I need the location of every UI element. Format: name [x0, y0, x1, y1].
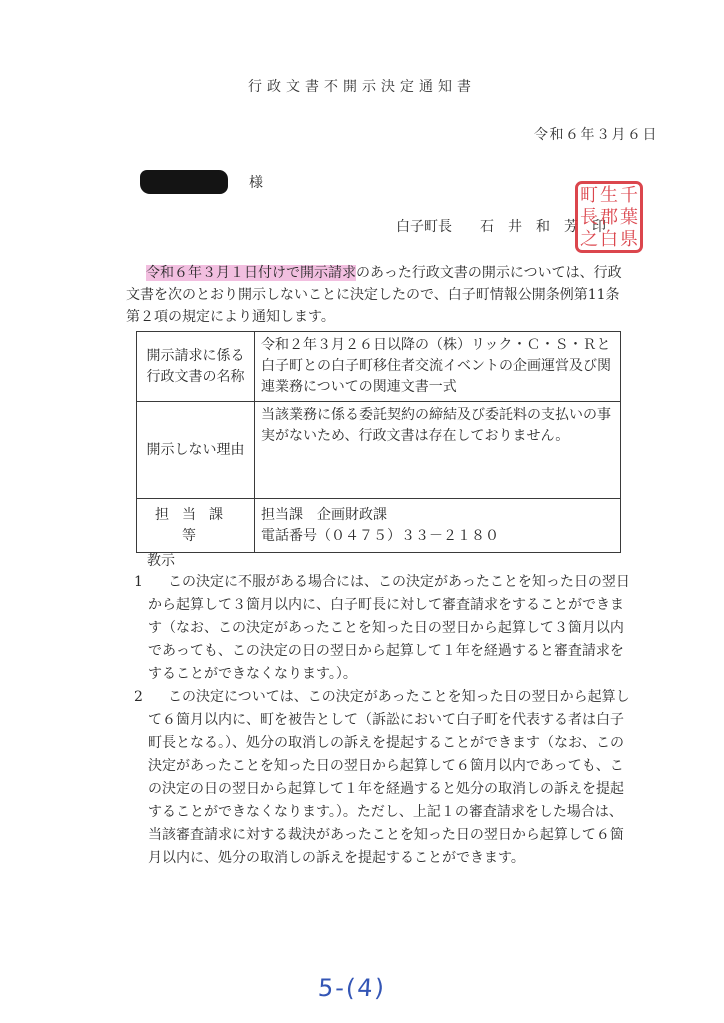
table-row: 開示請求に係る行政文書の名称 令和２年３月２６日以降の（株）リック・Ｃ・Ｓ・Ｒと… — [137, 332, 621, 402]
notice-item-text: この決定については、この決定があったことを知った日の翌日から起算して６箇月以内に… — [134, 686, 634, 870]
stamp-char: 千 — [619, 185, 639, 207]
document-title: 行政文書不開示決定通知書 — [0, 76, 724, 96]
row-label-document-name: 開示請求に係る行政文書の名称 — [137, 332, 255, 402]
stamp-char: 葉 — [619, 207, 639, 229]
notice-item-number: 1 — [134, 571, 143, 594]
department-name: 担当課 企画財政課 — [261, 505, 614, 526]
sender-title: 白子町長 — [396, 219, 452, 235]
handwritten-page-number: 5-(4) — [317, 974, 387, 1002]
highlighted-text: 令和６年３月１日付けで開示請求 — [146, 265, 356, 281]
row-value-reason: 当該業務に係る委託契約の締結及び委託料の支払いの事実がないため、行政文書は存在し… — [255, 402, 621, 499]
intro-paragraph: 令和６年３月１日付けで開示請求のあった行政文書の開示については、行政文書を次のと… — [126, 262, 628, 328]
stamp-char: 町 — [579, 185, 599, 207]
row-value-document-name: 令和２年３月２６日以降の（株）リック・Ｃ・Ｓ・Ｒと白子町との白子町移住者交流イベ… — [255, 332, 621, 402]
table-row: 担当課等 担当課 企画財政課 電話番号（０４７５）３３－２１８０ — [137, 499, 621, 553]
notice-item-1: 1 この決定に不服がある場合には、この決定があったことを知った日の翌日から起算し… — [134, 571, 634, 686]
row-label-department: 担当課等 — [137, 499, 255, 553]
recipient-honorific: 様 — [249, 172, 263, 192]
stamp-char: 生 — [599, 185, 619, 207]
stamp-char: 県 — [619, 229, 639, 251]
official-seal-stamp: 町 長 之 生 郡 白 千 葉 県 — [575, 181, 643, 253]
notice-item-text: この決定に不服がある場合には、この決定があったことを知った日の翌日から起算して３… — [134, 571, 634, 686]
notice-item-number: 2 — [134, 686, 143, 709]
table-row: 開示しない理由 当該業務に係る委託契約の締結及び委託料の支払いの事実がないため、… — [137, 402, 621, 499]
notice-heading: 教示 — [147, 550, 175, 570]
stamp-char: 長 — [579, 207, 599, 229]
issue-date: 令和６年３月６日 — [534, 124, 658, 144]
stamp-char: 之 — [579, 229, 599, 251]
row-value-department: 担当課 企画財政課 電話番号（０４７５）３３－２１８０ — [255, 499, 621, 553]
department-phone: 電話番号（０４７５）３３－２１８０ — [261, 526, 614, 547]
stamp-char: 郡 — [599, 207, 619, 229]
redacted-recipient-name — [140, 170, 228, 194]
row-label-reason: 開示しない理由 — [137, 402, 255, 499]
notice-item-2: 2 この決定については、この決定があったことを知った日の翌日から起算して６箇月以… — [134, 686, 634, 870]
stamp-char: 白 — [599, 229, 619, 251]
decision-details-table: 開示請求に係る行政文書の名称 令和２年３月２６日以降の（株）リック・Ｃ・Ｓ・Ｒと… — [136, 331, 621, 553]
